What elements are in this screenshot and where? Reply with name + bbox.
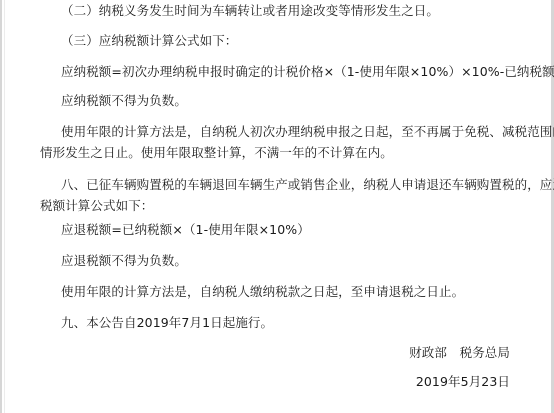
clause-2-obligation-time: （二）纳税义务发生时间为车辆转让或者用途改变等情形发生之日。	[61, 4, 439, 18]
refund-usage-years-method: 使用年限的计算方法是，自纳税人缴纳税款之日起，至申请退税之日止。	[61, 285, 464, 299]
clause-3-formula-heading: （三）应纳税额计算公式如下：	[61, 34, 237, 48]
document-page: （二）纳税义务发生时间为车辆转让或者用途改变等情形发生之日。 （三）应纳税额计算…	[0, 0, 554, 413]
article-8-paragraph-line1: 八、已征车辆购置税的车辆退回车辆生产或销售企业，纳税人申请退还车辆购置税的，应退	[61, 178, 554, 192]
article-8-paragraph-line2: 税额计算公式如下：	[40, 199, 153, 213]
refund-non-negative-note: 应退税额不得为负数。	[61, 254, 187, 268]
article-9-effective-date: 九、本公告自2019年7月1日起施行。	[61, 316, 273, 330]
signature-date: 2019年5月23日	[416, 375, 510, 389]
signature-issuers: 财政部 税务总局	[409, 346, 510, 360]
usage-years-method-paragraph-line1: 使用年限的计算方法是，自纳税人初次办理纳税申报之日起，至不再属于免税、减税范围的	[61, 125, 554, 139]
tax-payable-formula: 应纳税额=初次办理纳税申报时确定的计税价格×（1-使用年限×10%）×10%-已…	[61, 65, 554, 79]
refund-formula: 应退税额=已纳税额×（1-使用年限×10%）	[61, 223, 310, 237]
usage-years-method-paragraph-line2: 情形发生之日止。使用年限取整计算，不满一年的不计算在内。	[40, 146, 393, 160]
tax-payable-non-negative-note: 应纳税额不得为负数。	[61, 94, 187, 108]
